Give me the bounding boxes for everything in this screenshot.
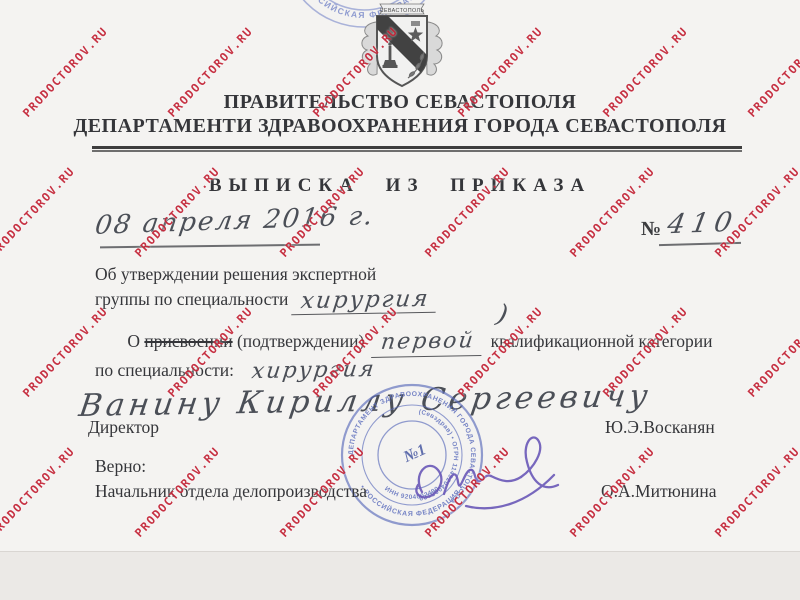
date-underline xyxy=(100,244,320,249)
subject-paragraph: Об утверждении решения экспертной группы… xyxy=(95,262,655,312)
emblem-banner-text: СЕВАСТОПОЛЬ xyxy=(380,8,425,14)
clerk-name: О.А.Митюнина xyxy=(601,481,717,502)
confirm-word: (подтверждении) xyxy=(237,331,364,351)
struck-word: присвоении xyxy=(144,331,232,351)
watermark-text: PRODOCTOROV.RU xyxy=(0,444,78,540)
clerk-label: Начальник отдела делопроизводства xyxy=(95,481,367,502)
specialty-handwritten-1: хирургия xyxy=(291,287,439,316)
watermark-text: PRODOCTOROV.RU xyxy=(712,444,800,540)
date-handwritten: 08 апреля 2016 г. xyxy=(93,201,376,241)
number-underline xyxy=(659,242,741,246)
number-sign: № xyxy=(641,218,661,241)
org-header: ПРАВИТЕЛЬСТВО СЕВАСТОПОЛЯ ДЕПАРТАМЕНТИ З… xyxy=(0,90,800,138)
subject-line2: группы по специальности хирургия xyxy=(95,286,655,312)
signature xyxy=(408,428,570,526)
category-handwritten: первой xyxy=(371,327,484,358)
org-name-line2: ДЕПАРТАМЕНТИ ЗДРАВООХРАНЕНИЯ ГОРОДА СЕВА… xyxy=(0,114,800,138)
body-paragraph: О присвоении (подтверждении) первой квал… xyxy=(95,327,775,384)
director-name: Ю.Э.Восканян xyxy=(605,417,715,438)
verno-label: Верно: xyxy=(95,456,146,477)
body-suffix: квалификационной категории xyxy=(491,331,713,351)
document-title: ВЫПИСКА ИЗ ПРИКАЗА xyxy=(0,175,800,197)
sevastopol-coat-of-arms: СЕВАСТОПОЛЬ xyxy=(352,2,452,104)
scanned-document: РОССИЙСКАЯ ФЕДЕРАЦИЯ СЕВАСТОПОЛЬ xyxy=(0,0,800,600)
org-name-line1: ПРАВИТЕЛЬСТВО СЕВАСТОПОЛЯ xyxy=(0,90,800,114)
order-number-handwritten: 410 xyxy=(665,207,741,240)
header-divider xyxy=(92,146,742,152)
paper-bottom-edge xyxy=(0,551,800,600)
subject-line1: Об утверждении решения экспертной xyxy=(95,262,655,286)
director-label: Директор xyxy=(88,417,159,438)
body-prefix: О xyxy=(127,331,140,351)
body-line1: О присвоении (подтверждении) первой квал… xyxy=(95,327,775,356)
